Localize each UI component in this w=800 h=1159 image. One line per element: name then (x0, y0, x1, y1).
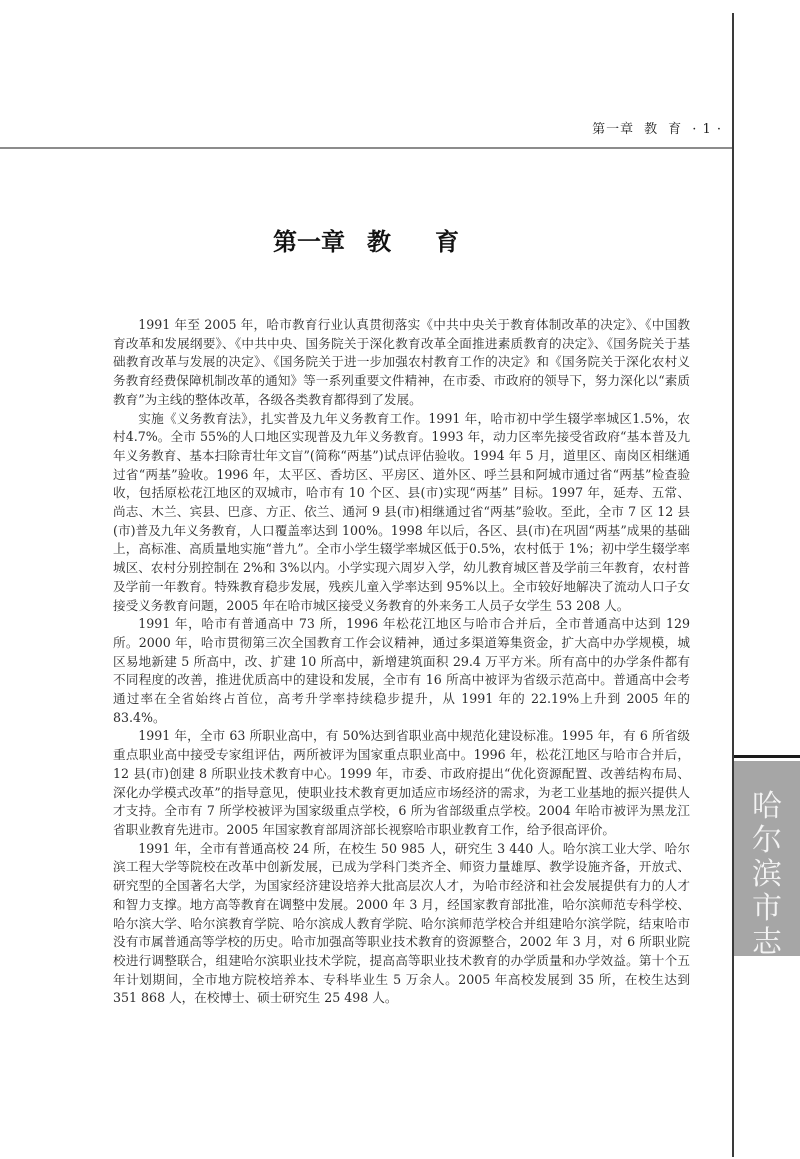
paragraph-high-schools: 1991 年，哈市有普通高中 73 所，1996 年松花江地区与哈市合并后，全市… (113, 615, 690, 727)
page-number: · 1 · (692, 122, 722, 137)
paragraph-compulsory-education: 实施《义务教育法》，扎实普及九年义务教育工作。1991 年，哈市初中学生辍学率城… (113, 410, 690, 616)
running-head-title-1: 教 (644, 122, 658, 137)
chapter-title-word-1: 教 (367, 228, 391, 256)
running-head: 第一章教育· 1 · (592, 118, 722, 137)
chapter-title-word-2: 育 (435, 228, 459, 256)
paragraph-vocational-education: 1991 年，全市 63 所职业高中，有 50%达到省职业高中规范化建设标准。1… (113, 727, 690, 839)
side-tab-top-bar (734, 755, 800, 758)
chapter-title: 第一章教育 (0, 222, 732, 257)
paragraph-higher-education: 1991 年，全市有普通高校 24 所，在校生 50 985 人，研究生 3 4… (113, 840, 690, 1008)
running-head-chapter: 第一章 (592, 122, 634, 137)
running-head-title-2: 育 (668, 122, 682, 137)
body-text: 1991 年至 2005 年，哈市教育行业认真贯彻落实《中共中央关于教育体制改革… (113, 316, 690, 1008)
side-tab-label: 哈尔滨市志 (747, 790, 787, 960)
header-rule (0, 147, 732, 149)
paragraph-intro: 1991 年至 2005 年，哈市教育行业认真贯彻落实《中共中央关于教育体制改革… (113, 316, 690, 410)
page-margin-rule (732, 13, 734, 1157)
chapter-title-number: 第一章 (273, 228, 345, 256)
side-tab-divider (734, 760, 800, 761)
